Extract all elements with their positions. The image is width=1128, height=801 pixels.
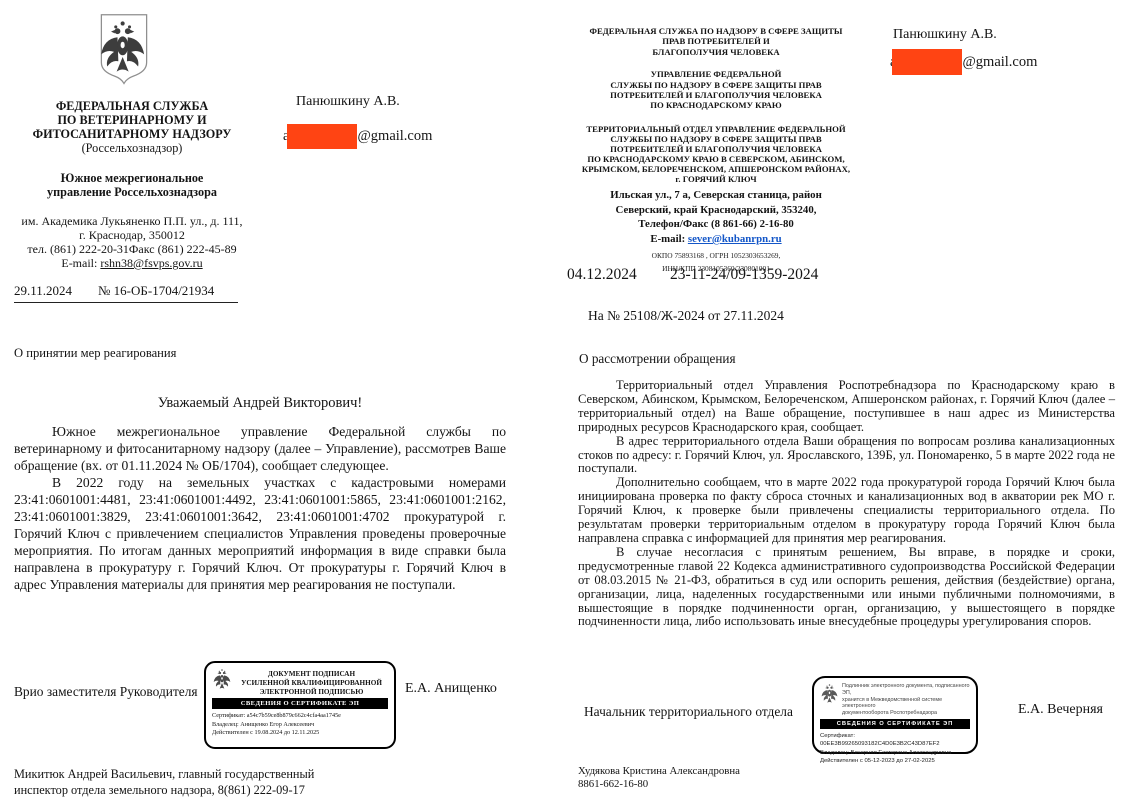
body-paragraph: Территориальный отдел Управления Роспотр… [578, 379, 1115, 435]
digital-signature-stamp: ДОКУМЕНТ ПОДПИСАН УСИЛЕННОЙ КВАЛИФИЦИРОВ… [204, 661, 396, 749]
issuer-email-line: E-mail: sever@kubanrpn.ru [575, 233, 857, 245]
text-line: Южное межрегиональное [18, 171, 246, 185]
certificate-validity: Действителен с 05-12-2023 до 27-02-2025 [820, 757, 970, 765]
text-line: ДОКУМЕНТ ПОДПИСАН [235, 670, 388, 679]
executor-info: Худякова Кристина Александровна 8861-662… [578, 765, 740, 791]
text-line: ФЕДЕРАЛЬНАЯ СЛУЖБА [18, 99, 246, 113]
text-line: ПО КРАСНОДАРСКОМУ КРАЮ [575, 100, 857, 110]
text-line: Ильская ул., 7 а, Северская станица, рай… [575, 188, 857, 203]
text-line: БЛАГОПОЛУЧИЯ ЧЕЛОВЕКА [575, 47, 857, 57]
text-line: им. Академика Лукьяненко П.П. ул., д. 11… [18, 214, 246, 228]
issuer-block: ФЕДЕРАЛЬНАЯ СЛУЖБА ПО ВЕТЕРИНАРНОМУ И ФИ… [18, 99, 246, 270]
body-paragraph: В адрес территориального отдела Ваши обр… [578, 435, 1115, 477]
issuer-address: им. Академика Лукьяненко П.П. ул., д. 11… [18, 214, 246, 270]
issuer-department: УПРАВЛЕНИЕ ФЕДЕРАЛЬНОЙ СЛУЖБЫ ПО НАДЗОРУ… [575, 69, 857, 111]
issuer-short-name: (Россельхознадзор) [18, 141, 246, 155]
stamp-certificate-info: Сертификат: a54c7b59ce8b879c662c4cfa4aa1… [212, 712, 388, 737]
email-label: E-mail: [650, 233, 685, 245]
text-line: УПРАВЛЕНИЕ ФЕДЕРАЛЬНОЙ [575, 69, 857, 79]
text-line: ЭЛЕКТРОННОЙ ПОДПИСЬЮ [235, 688, 388, 697]
redaction-box [287, 124, 357, 149]
text-line: ПОТРЕБИТЕЛЕЙ И БЛАГОПОЛУЧИЯ ЧЕЛОВЕКА [575, 144, 857, 154]
letter-date: 29.11.2024 [14, 283, 72, 298]
body-paragraph: Дополнительно сообщаем, что в марте 2022… [578, 476, 1115, 546]
addressee-email: a @gmail.com [283, 124, 432, 149]
issuer-division: Южное межрегиональное управление Россель… [18, 171, 246, 199]
letter-number: № 16-ОБ-1704/21934 [98, 283, 214, 298]
text-line: г. Краснодар, 350012 [18, 228, 246, 242]
signer-name: Е.А. Вечерняя [1018, 702, 1103, 718]
letter-body: Территориальный отдел Управления Роспотр… [578, 379, 1115, 629]
text-line: г. ГОРЯЧИЙ КЛЮЧ [575, 174, 857, 184]
text-line: 8861-662-16-80 [578, 778, 740, 791]
text-line: Телефон/Факс (8 861-66) 2-16-80 [575, 217, 857, 232]
coat-of-arms-icon [820, 682, 839, 705]
certificate-owner: Владелец: Анищенко Егор Алексеевич [212, 721, 388, 729]
outgoing-date-number: 29.11.2024№ 16-ОБ-1704/21934 [14, 283, 238, 303]
text-line: хранится в Межведомственной системе элек… [842, 697, 970, 711]
reference-line: На № 25108/Ж-2024 от 27.11.2024 [588, 308, 784, 324]
signer-name: Е.А. Анищенко [405, 681, 497, 697]
text-line: документооборота Роспотребнадзора [842, 710, 970, 717]
coat-of-arms-icon [95, 12, 153, 88]
text-line: ПО ВЕТЕРИНАРНОМУ И [18, 113, 246, 127]
salutation: Уважаемый Андрей Викторович! [14, 395, 506, 412]
body-paragraph: В случае несогласия с принятым решением,… [578, 546, 1115, 629]
signer-position: Врио заместителя Руководителя [14, 684, 198, 700]
issuer-email-link[interactable]: rshn38@fsvps.gov.ru [100, 256, 202, 270]
text-line: ПОТРЕБИТЕЛЕЙ И БЛАГОПОЛУЧИЯ ЧЕЛОВЕКА [575, 90, 857, 100]
issuer-email-link[interactable]: sever@kubanrpn.ru [688, 233, 782, 245]
document-scan-two-letters: ФЕДЕРАЛЬНАЯ СЛУЖБА ПО ВЕТЕРИНАРНОМУ И ФИ… [0, 0, 1128, 801]
text-line: инспектор отдела земельного надзора, 8(8… [14, 783, 314, 799]
text-line: Худякова Кристина Александровна [578, 765, 740, 778]
issuer-email-line: E-mail: rshn38@fsvps.gov.ru [18, 256, 246, 270]
text-line: ТЕРРИТОРИАЛЬНЫЙ ОТДЕЛ УПРАВЛЕНИЕ ФЕДЕРАЛ… [575, 124, 857, 134]
issuer-block: ФЕДЕРАЛЬНАЯ СЛУЖБА ПО НАДЗОРУ В СФЕРЕ ЗА… [575, 26, 857, 273]
letter-subject: О рассмотрении обращения [579, 351, 736, 367]
stamp-certificate-band: СВЕДЕНИЯ О СЕРТИФИКАТЕ ЭП [212, 698, 388, 709]
text-line: Северский, край Краснодарский, 353240, [575, 203, 857, 218]
letter-number: 23-11-24/09-1359-2024 [670, 266, 818, 284]
text-line: УСИЛЕННОЙ КВАЛИФИЦИРОВАННОЙ [235, 679, 388, 688]
text-line: тел. (861) 222-20-31Факс (861) 222-45-89 [18, 242, 246, 256]
email-label: E-mail: [61, 256, 97, 270]
body-paragraph: В 2022 году на земельных участках с када… [14, 474, 506, 593]
letter-date: 04.12.2024 [567, 266, 637, 284]
addressee-name: Панюшкину А.В. [893, 27, 997, 43]
stamp-title: Подлинник электронного документа, подпис… [842, 682, 970, 717]
stamp-header: ДОКУМЕНТ ПОДПИСАН УСИЛЕННОЙ КВАЛИФИЦИРОВ… [212, 667, 388, 696]
email-domain: @gmail.com [962, 54, 1037, 71]
letter-body: Южное межрегиональное управление Федерал… [14, 423, 506, 593]
stamp-certificate-band: СВЕДЕНИЯ О СЕРТИФИКАТЕ ЭП [820, 719, 970, 729]
text-line: управление Россельхознадзора [18, 185, 246, 199]
stamp-title: ДОКУМЕНТ ПОДПИСАН УСИЛЕННОЙ КВАЛИФИЦИРОВ… [235, 667, 388, 696]
stamp-certificate-info: Сертификат: 00EE3B99265093182C4D0E3B2C43… [820, 732, 970, 766]
certificate-number: Сертификат: 00EE3B99265093182C4D0E3B2C43… [820, 732, 970, 749]
text-line: ПРАВ ПОТРЕБИТЕЛЕЙ И [575, 36, 857, 46]
text-line: ФИТОСАНИТАРНОМУ НАДЗОРУ [18, 127, 246, 141]
text-line: Подлинник электронного документа, подпис… [842, 683, 970, 697]
addressee-email: a @gmail.com [890, 49, 1037, 75]
addressee-name: Панюшкину А.В. [296, 94, 400, 110]
text-line: ПО КРАСНОДАРСКОМУ КРАЮ В СЕВЕРСКОМ, АБИН… [575, 154, 857, 164]
text-line: ФЕДЕРАЛЬНАЯ СЛУЖБА ПО НАДЗОРУ В СФЕРЕ ЗА… [575, 26, 857, 36]
coat-of-arms-icon [212, 667, 232, 691]
email-domain: @gmail.com [357, 128, 432, 145]
certificate-number: Сертификат: a54c7b59ce8b879c662c4cfa4aa1… [212, 712, 388, 720]
certificate-owner: Владелец: Вечерняя Екатерина Александров… [820, 749, 970, 757]
issuer-service-name: ФЕДЕРАЛЬНАЯ СЛУЖБА ПО ВЕТЕРИНАРНОМУ И ФИ… [18, 99, 246, 141]
issuer-service-name: ФЕДЕРАЛЬНАЯ СЛУЖБА ПО НАДЗОРУ В СФЕРЕ ЗА… [575, 26, 857, 57]
text-line: СЛУЖБЫ ПО НАДЗОРУ В СФЕРЕ ЗАЩИТЫ ПРАВ [575, 80, 857, 90]
issuer-territorial-office: ТЕРРИТОРИАЛЬНЫЙ ОТДЕЛ УПРАВЛЕНИЕ ФЕДЕРАЛ… [575, 124, 857, 185]
executor-info: Микитюк Андрей Васильевич, главный госуд… [14, 767, 314, 798]
letter-subject: О принятии мер реагирования [14, 346, 176, 361]
stamp-header: Подлинник электронного документа, подпис… [820, 682, 970, 717]
digital-signature-stamp: Подлинник электронного документа, подпис… [812, 676, 978, 754]
text-line: Микитюк Андрей Васильевич, главный госуд… [14, 767, 314, 783]
certificate-validity: Действителен с 19.08.2024 до 12.11.2025 [212, 729, 388, 737]
body-paragraph: Южное межрегиональное управление Федерал… [14, 423, 506, 474]
redaction-box [892, 49, 962, 75]
issuer-address: Ильская ул., 7 а, Северская станица, рай… [575, 188, 857, 232]
okpo-ogrn-line: ОКПО 75893168 , ОГРН 1052303653269, [575, 251, 857, 260]
text-line: КРЫМСКОМ, БЕЛОРЕЧЕНСКОМ, АПШЕРОНСКОМ РАЙ… [575, 164, 857, 174]
text-line: СЛУЖБЫ ПО НАДЗОРУ В СФЕРЕ ЗАЩИТЫ ПРАВ [575, 134, 857, 144]
signer-position: Начальник территориального отдела [584, 704, 793, 720]
